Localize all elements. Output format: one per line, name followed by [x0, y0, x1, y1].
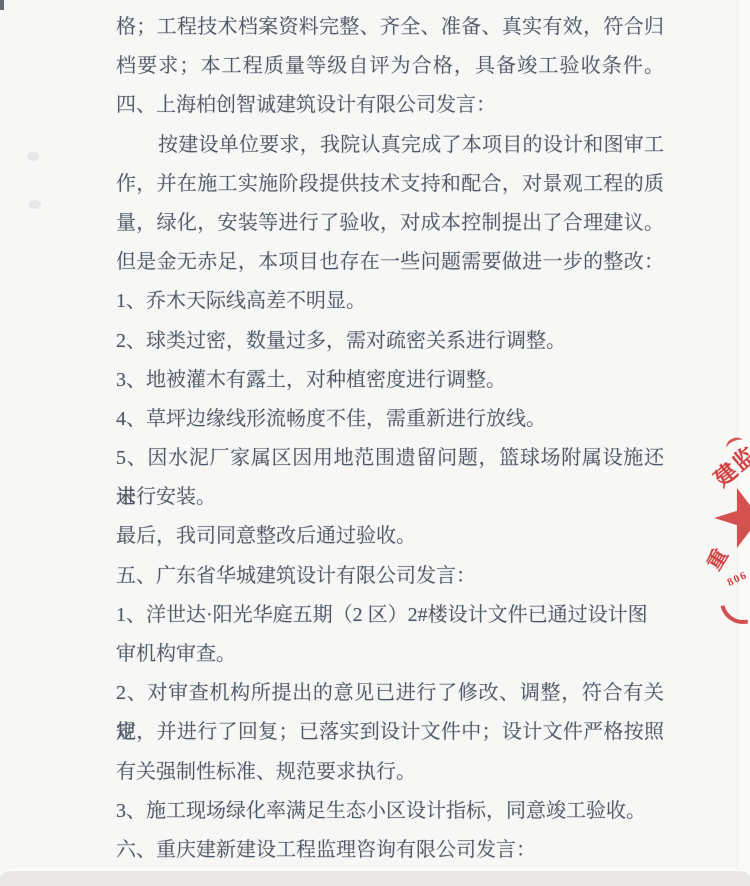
list-item: 3、施工现场绿化率满足生态小区设计指标，同意竣工验收。 — [116, 792, 664, 831]
text-line: 定，并进行了回复；已落实到设计文件中；设计文件严格按照 — [116, 713, 664, 752]
scan-smudge — [29, 200, 41, 209]
seal-ring-text-lower: 重 — [698, 542, 733, 574]
text-line: 作，并在施工实施阶段提供技术支持和配合，对景观工程的质 — [116, 165, 664, 204]
document-text-body: 格；工程技术档案资料完整、齐全、准备、真实有效，符合归 档要求；本工程质量等级自… — [116, 8, 664, 870]
scan-right-edge — [737, 0, 750, 886]
scan-bottom-edge — [0, 869, 750, 886]
list-item: 2、球类过密，数量过多，需对疏密关系进行调整。 — [116, 322, 664, 361]
list-item: 2、对审查机构所提出的意见已进行了修改、调整，符合有关规 — [116, 674, 664, 713]
scan-smudge — [27, 152, 39, 161]
text-line: 按建设单位要求，我院认真完成了本项目的设计和图审工 — [116, 126, 664, 165]
text-line: 进行安装。 — [116, 478, 664, 517]
section-heading: 六、重庆建新建设工程监理咨询有限公司发言： — [116, 831, 664, 870]
text-line: 量，绿化，安装等进行了验收，对成本控制提出了合理建议。 — [116, 204, 664, 243]
text-line: 有关强制性标准、规范要求执行。 — [116, 753, 664, 792]
section-heading: 四、上海柏创智诚建筑设计有限公司发言： — [116, 86, 664, 125]
section-heading: 五、广东省华城建筑设计有限公司发言： — [116, 557, 664, 596]
text-line: 审机构审查。 — [116, 635, 664, 674]
scanned-document-page: 格；工程技术档案资料完整、齐全、准备、真实有效，符合归 档要求；本工程质量等级自… — [0, 0, 750, 886]
list-item: 3、地被灌木有露土，对种植密度进行调整。 — [116, 361, 664, 400]
list-item: 1、洋世达·阳光华庭五期（2 区）2#楼设计文件已通过设计图 — [116, 596, 664, 635]
text-line: 档要求；本工程质量等级自评为合格，具备竣工验收条件。 — [116, 47, 664, 86]
text-line: 最后，我司同意整改后通过验收。 — [116, 517, 664, 556]
list-item: 4、草坪边缘线形流畅度不佳，需重新进行放线。 — [116, 400, 664, 439]
text-line: 格；工程技术档案资料完整、齐全、准备、真实有效，符合归 — [116, 8, 664, 47]
text-line: 但是金无赤足，本项目也存在一些问题需要做进一步的整改： — [116, 243, 664, 282]
list-item: 1、乔木天际线高差不明显。 — [116, 282, 664, 321]
list-item: 5、因水泥厂家属区因用地范围遗留问题，篮球场附属设施还未 — [116, 439, 664, 478]
scan-corner-artifact — [0, 0, 4, 10]
